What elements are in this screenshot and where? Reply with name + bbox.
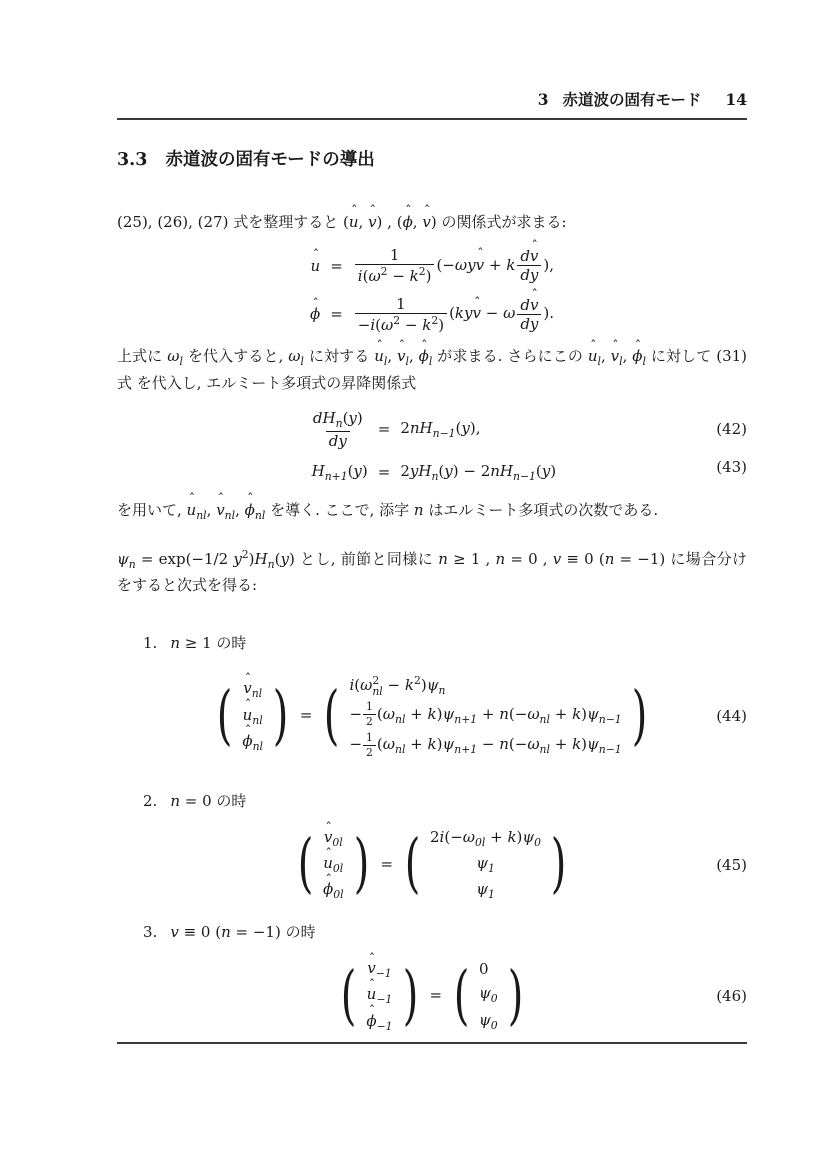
- eq-body: (vˆ0luˆ0lϕˆ0l) = (2i(−ω0l + k)ψ0ψ1ψ1): [291, 855, 573, 873]
- equation-44: (vˆnluˆnlϕˆnl) = (i(ω2nl − k2)ψn−12(ωnl …: [117, 673, 747, 759]
- list-marker: 2.: [143, 789, 157, 813]
- paragraph-derive: を用いて, uˆnl, vˆnl, ϕˆnl を導く. ここで, 添字 n はエ…: [117, 498, 747, 524]
- equation-number-42: (42): [716, 417, 747, 441]
- eq-lhs: uˆ: [311, 254, 321, 278]
- text-block: 3赤道波の固有モード 14 3.3 赤道波の固有モードの導出 (25), (26…: [117, 88, 747, 1034]
- eq-lhs: dHn(y)dy: [308, 409, 368, 451]
- running-header: 3赤道波の固有モード 14: [117, 88, 747, 113]
- eq-rhs: 1−i(ω2 − k2)(kyvˆ − ωdvˆdy).: [353, 295, 554, 335]
- eq-lhs: Hn+1(y): [312, 459, 368, 485]
- page-number: 14: [725, 88, 747, 113]
- list-marker: 3.: [143, 920, 157, 944]
- header-section-label: 3赤道波の固有モード: [538, 88, 702, 113]
- paragraph-substitution: 上式に ωl を代入すると, ωl に対する uˆl, vˆl, ϕˆl が求ま…: [117, 344, 747, 394]
- section-title: 赤道波の固有モードの導出: [165, 146, 374, 174]
- header-rule: [117, 118, 747, 120]
- equation-hermite-recurrence: dHn(y)dy = 2nHn−1(y), Hn+1(y) = 2yHn(y) …: [117, 409, 747, 486]
- paragraph-psi-cases: ψn = exp(−1/2 y2)Hn(y) とし, 前節と同様に n ≥ 1 …: [117, 546, 747, 597]
- list-label: n = 0 の時: [170, 789, 246, 813]
- list-item-case3: 3. v ≡ 0 (n = −1) の時: [143, 920, 747, 944]
- header-section-number: 3: [538, 90, 549, 109]
- equation-number-46: (46): [716, 984, 747, 1008]
- document-page: 3赤道波の固有モード 14 3.3 赤道波の固有モードの導出 (25), (26…: [0, 0, 826, 1169]
- aligned-equations: dHn(y)dy = 2nHn−1(y), Hn+1(y) = 2yHn(y) …: [308, 409, 556, 486]
- footer-rule: [117, 1042, 747, 1044]
- list-item-case1: 1. n ≥ 1 の時: [143, 631, 747, 655]
- list-label: v ≡ 0 (n = −1) の時: [170, 920, 315, 944]
- eq-lhs: ϕˆ: [310, 302, 320, 326]
- list-label: n ≥ 1 の時: [170, 631, 246, 655]
- aligned-equations: uˆ = 1i(ω2 − k2)(−ωyvˆ + kdvˆdy), ϕˆ = 1…: [310, 246, 554, 335]
- equation-uv-phi: uˆ = 1i(ω2 − k2)(−ωyvˆ + kdvˆdy), ϕˆ = 1…: [117, 246, 747, 335]
- paragraph-intro: (25), (26), (27) 式を整理すると (uˆ, vˆ) , (ϕˆ,…: [117, 210, 747, 234]
- equation-number-44: (44): [716, 704, 747, 728]
- section-heading: 3.3 赤道波の固有モードの導出: [117, 146, 747, 174]
- equation-number-45: (45): [716, 853, 747, 877]
- equation-45: (vˆ0luˆ0lϕˆ0l) = (2i(−ω0l + k)ψ0ψ1ψ1) (4…: [117, 827, 747, 902]
- eq-body: (vˆ−1uˆ−1ϕˆ−1) = (0ψ0ψ0): [334, 986, 530, 1004]
- eq-rhs: 2nHn−1(y),: [400, 416, 480, 442]
- eq-relation: =: [320, 254, 353, 278]
- section-number: 3.3: [117, 146, 147, 174]
- equation-number-43: (43): [716, 455, 747, 479]
- eq-rhs: 1i(ω2 − k2)(−ωyvˆ + kdvˆdy),: [353, 246, 554, 286]
- eq-relation: =: [320, 302, 353, 326]
- eq-relation: =: [368, 460, 401, 484]
- equation-46: (vˆ−1uˆ−1ϕˆ−1) = (0ψ0ψ0) (46): [117, 958, 747, 1033]
- list-marker: 1.: [143, 631, 157, 655]
- eq-body: (vˆnluˆnlϕˆnl) = (i(ω2nl − k2)ψn−12(ωnl …: [210, 706, 654, 724]
- list-item-case2: 2. n = 0 の時: [143, 789, 747, 813]
- eq-relation: =: [368, 417, 401, 441]
- header-title-text: 赤道波の固有モード: [563, 91, 702, 109]
- eq-rhs: 2yHn(y) − 2nHn−1(y): [400, 459, 556, 485]
